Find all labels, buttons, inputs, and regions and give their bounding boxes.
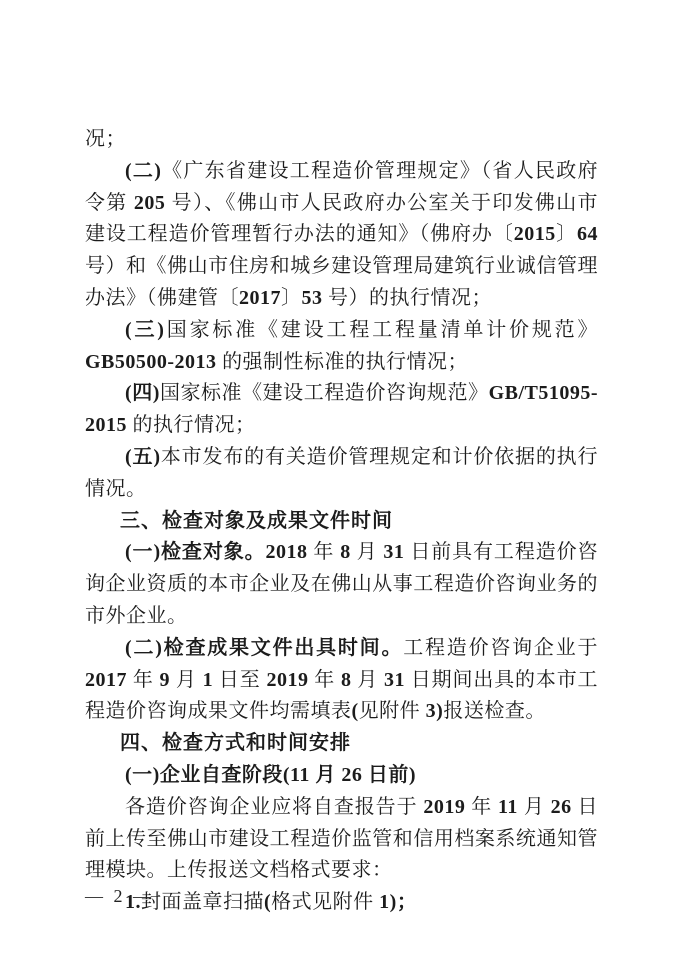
text-run: 64 [577,223,598,245]
text-run: 1) [379,891,397,913]
text-run: 2015 [514,223,556,245]
paragraph: 况； [85,124,598,156]
text-run: 月 [518,796,551,818]
text-run: 31 [383,541,404,563]
text-run: 11 [498,796,518,818]
text-run: 年 [465,796,498,818]
paragraph: 各造价咨询企业应将自查报告于 2019 年 11 月 26 日前上传至佛山市建设… [85,792,598,887]
text-run: 9 [160,669,171,691]
document-body: 况；(二)《广东省建设工程造价管理规定》（省人民政府令第 205 号）、《佛山市… [85,124,598,919]
paragraph: (一)检查对象。2018 年 8 月 31 日前具有工程造价咨询企业资质的本市企… [85,537,598,632]
text-run: (四) [125,382,160,404]
text-run: 三、检查对象及成果文件时间 [120,510,393,532]
text-run: 各造价咨询企业应将自查报告于 [125,796,423,818]
text-run: 〕 [556,223,577,245]
text-run: 的执行情况； [127,414,256,436]
text-run: 年 [308,541,341,563]
paragraph: 1.封面盖章扫描(格式见附件 1)； [85,887,598,919]
text-run: (一)检查对象。 [125,541,266,563]
text-run: (二) [125,160,161,182]
text-run: 205 [134,192,166,214]
text-run: 31 [384,669,405,691]
document-page: 况；(二)《广东省建设工程造价管理规定》（省人民政府令第 205 号）、《佛山市… [0,0,680,962]
text-run: 格式见附件 [271,891,379,913]
text-run: 2017 [239,287,281,309]
text-run: 报送检查。 [443,700,546,722]
text-run: 月 [351,669,384,691]
paragraph: (二)《广东省建设工程造价管理规定》（省人民政府令第 205 号）、《佛山市人民… [85,156,598,315]
page-number: — 2 — [85,886,154,907]
text-run: 年 [308,669,341,691]
paragraph: (四)国家标准《建设工程造价咨询规范》GB/T51095-2015 的执行情况； [85,378,598,442]
section-heading: 四、检查方式和时间安排 [85,728,598,760]
text-run: 月 [170,669,203,691]
paragraph: (二)检查成果文件出具时间。工程造价咨询企业于 2017 年 9 月 1 日至 … [85,633,598,728]
paragraph: (一)企业自查阶段(11 月 26 日前) [85,760,598,792]
text-run: 月 [351,541,384,563]
text-run: 2019 [266,669,308,691]
text-run: 况； [85,128,126,150]
text-run: (五) [125,446,161,468]
text-run: 8 [340,541,351,563]
text-run: ( [352,700,359,722]
text-run: 日至 [213,669,266,691]
text-run: 国家标准《建设工程造价咨询规范》 [160,382,489,404]
text-run: 26 [551,796,572,818]
text-run: 四、检查方式和时间安排 [120,732,351,754]
text-run: 年 [127,669,160,691]
text-run: 8 [341,669,352,691]
text-run: 国家标准《建设工程工程量清单计价规范》 [164,319,598,341]
text-run: 封面盖章扫描 [141,891,264,913]
text-run: GB50500-2013 [85,351,217,373]
text-run: ； [397,891,418,913]
text-run: (三) [125,319,164,341]
text-run: 〕 [281,287,302,309]
text-run: 2017 [85,669,127,691]
text-run: 1 [203,669,214,691]
text-run: 3) [426,700,444,722]
text-run: 2018 [266,541,308,563]
paragraph: (五)本市发布的有关造价管理规定和计价依据的执行情况。 [85,442,598,506]
paragraph: (三)国家标准《建设工程工程量清单计价规范》GB50500-2013 的强制性标… [85,315,598,379]
text-run: 的强制性标准的执行情况； [217,351,469,373]
text-run: 号）的执行情况； [323,287,493,309]
text-run: 工程造价咨询企业于 [403,637,598,659]
text-run: (一)企业自查阶段(11 月 26 日前) [125,764,416,786]
text-run: 见附件 [359,700,426,722]
text-run: 53 [302,287,323,309]
text-run: 本市发布的有关造价管理规定和计价依据的执行情况。 [85,446,598,500]
section-heading: 三、检查对象及成果文件时间 [85,506,598,538]
text-run: 2019 [423,796,465,818]
text-run: (二)检查成果文件出具时间。 [125,637,403,659]
